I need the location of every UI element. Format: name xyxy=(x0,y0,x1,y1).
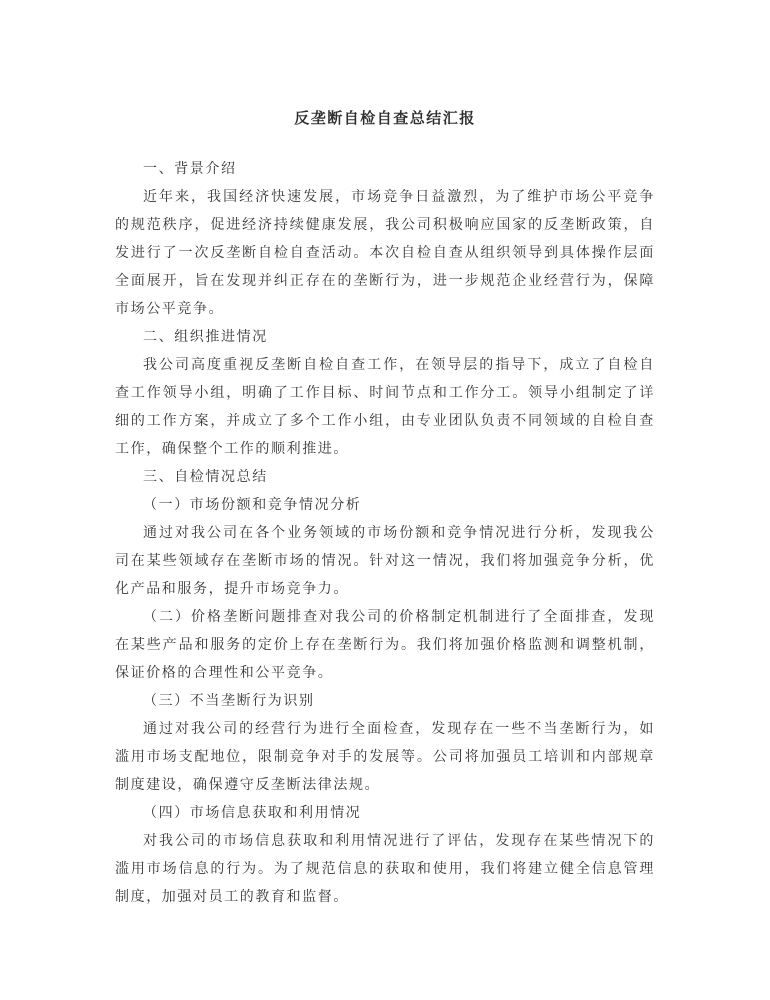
section-heading-summary: 三、自检情况总结 xyxy=(115,464,655,492)
sub-heading-market-information: （四）市场信息获取和利用情况 xyxy=(115,800,655,828)
sub-heading-market-share: （一）市场份额和竞争情况分析 xyxy=(115,492,655,520)
paragraph-price-monopoly: （二）价格垄断问题排查对我公司的价格制定机制进行了全面排查，发现在某些产品和服务… xyxy=(115,604,655,688)
paragraph-background: 近年来，我国经济快速发展，市场竞争日益激烈，为了维护市场公平竞争的规范秩序，促进… xyxy=(115,184,655,324)
section-heading-organization: 二、组织推进情况 xyxy=(115,324,655,352)
paragraph-organization: 我公司高度重视反垄断自检自查工作，在领导层的指导下，成立了自检自查工作领导小组，… xyxy=(115,352,655,464)
document-page: 反垄断自检自查总结汇报 一、背景介绍 近年来，我国经济快速发展，市场竞争日益激烈… xyxy=(0,0,770,1000)
paragraph-market-information: 对我公司的市场信息获取和利用情况进行了评估，发现存在某些情况下的滥用市场信息的行… xyxy=(115,828,655,912)
sub-heading-improper-conduct: （三）不当垄断行为识别 xyxy=(115,688,655,716)
paragraph-improper-conduct: 通过对我公司的经营行为进行全面检查，发现存在一些不当垄断行为，如滥用市场支配地位… xyxy=(115,716,655,800)
document-title: 反垄断自检自查总结汇报 xyxy=(115,108,655,130)
document-body: 一、背景介绍 近年来，我国经济快速发展，市场竞争日益激烈，为了维护市场公平竞争的… xyxy=(115,156,655,912)
paragraph-market-share: 通过对我公司在各个业务领域的市场份额和竞争情况进行分析，发现我公司在某些领域存在… xyxy=(115,520,655,604)
section-heading-background: 一、背景介绍 xyxy=(115,156,655,184)
